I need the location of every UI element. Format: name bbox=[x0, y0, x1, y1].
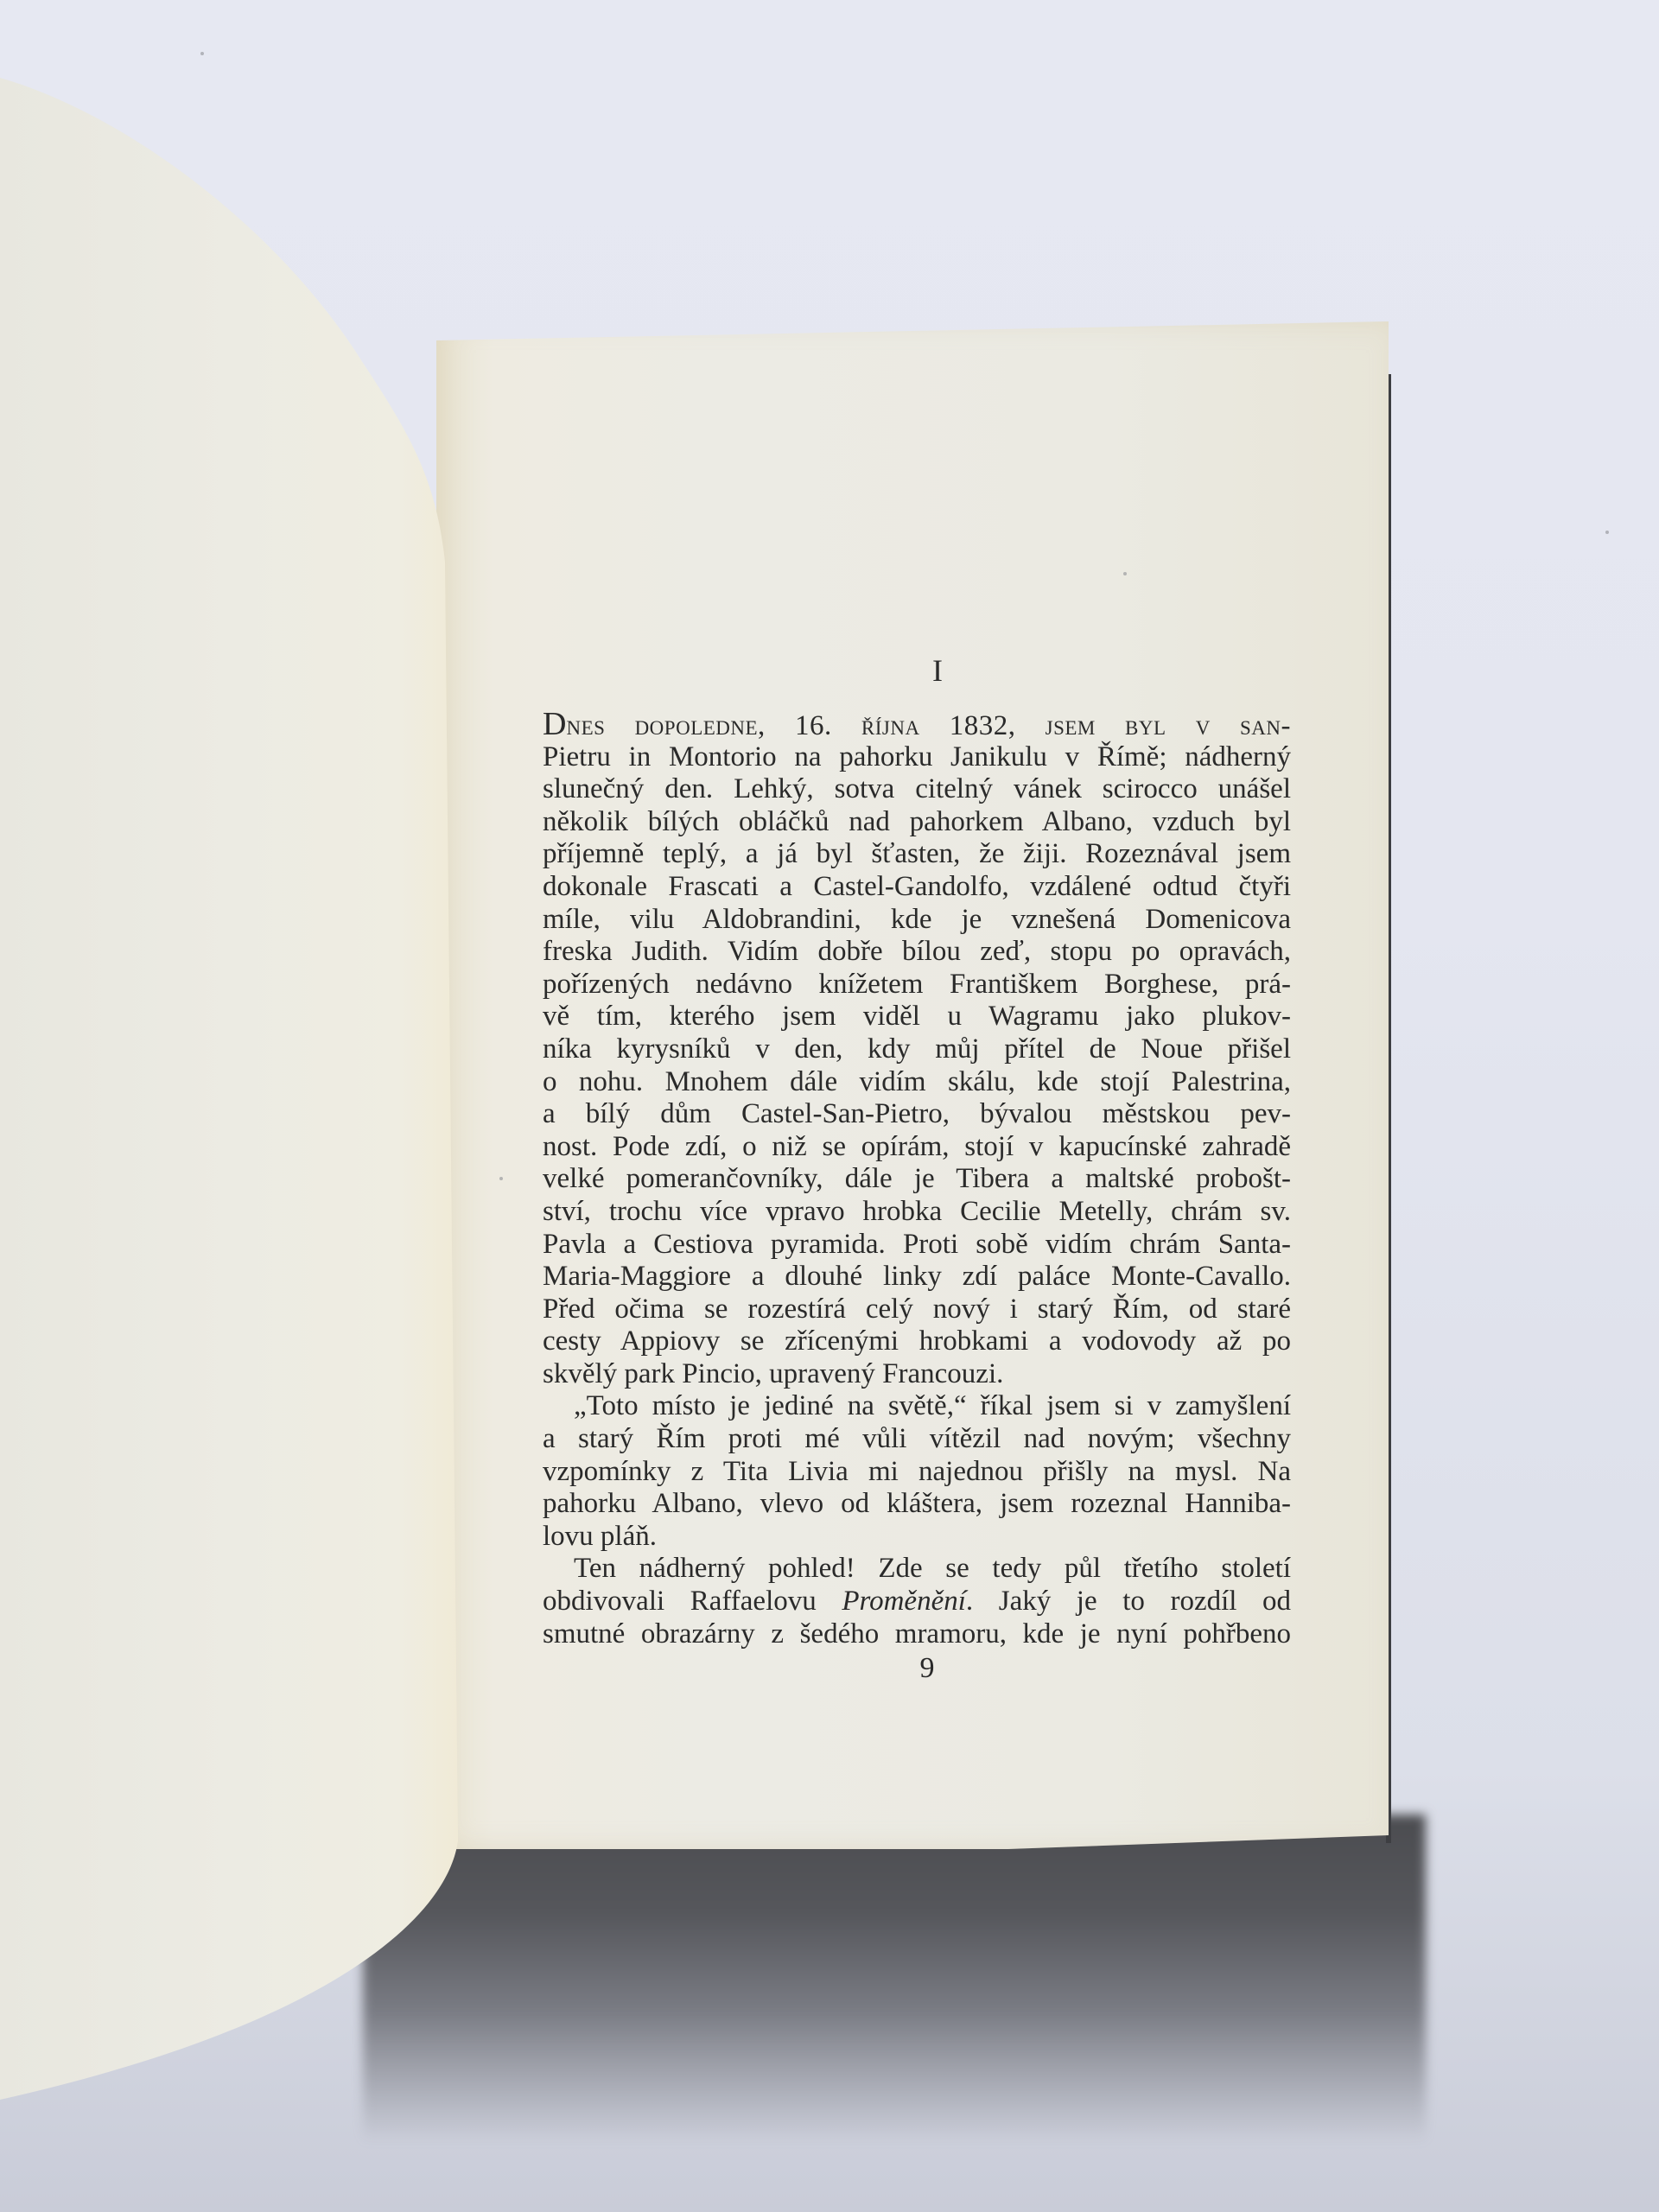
text-line: Ten nádherný pohled! Zde se tedy půl tře… bbox=[543, 1553, 1291, 1586]
text-line: Maria-Maggiore a dlouhé linky zdí paláce… bbox=[543, 1261, 1291, 1294]
text-line: o nohu. Mnohem dále vidím skálu, kde sto… bbox=[543, 1066, 1291, 1099]
text-line: vě tím, kterého jsem viděl u Wagramu jak… bbox=[543, 1001, 1291, 1033]
text-line: a bílý dům Castel-San-Pietro, bývalou mě… bbox=[543, 1098, 1291, 1131]
text-line: dokonale Frascati a Castel-Gandolfo, vzd… bbox=[543, 871, 1291, 904]
text-line: nost. Pode zdí, o niž se opírám, stojí v… bbox=[543, 1131, 1291, 1164]
left-page-curled bbox=[0, 78, 467, 2108]
page-number: 9 bbox=[914, 1652, 940, 1685]
text-line: Pavla a Cestiova pyramida. Proti sobě vi… bbox=[543, 1229, 1291, 1262]
text-line: vzpomínky z Tita Livia mi najednou přišl… bbox=[543, 1456, 1291, 1489]
text-line: Pietru in Montorio na pahorku Janikulu v… bbox=[543, 741, 1291, 774]
body-text: Dnes dopoledne, 16. října 1832, jsem byl… bbox=[543, 709, 1291, 1650]
dust-speck bbox=[200, 52, 204, 55]
text-line: freska Judith. Vidím dobře bílou zeď, st… bbox=[543, 936, 1291, 969]
photo-scene: I Dnes dopoledne, 16. října 1832, jsem b… bbox=[0, 0, 1659, 2212]
book-cover-shadow bbox=[363, 1815, 1426, 2143]
text-line: příjemně teplý, a já byl šťasten, že žij… bbox=[543, 838, 1291, 871]
text-line: pahorku Albano, vlevo od kláštera, jsem … bbox=[543, 1488, 1291, 1521]
dust-speck bbox=[1123, 572, 1127, 575]
text-line: ství, trochu více vpravo hrobka Cecilie … bbox=[543, 1196, 1291, 1229]
text-line: skvělý park Pincio, upravený Francouzi. bbox=[543, 1358, 1291, 1391]
dust-speck bbox=[499, 1177, 503, 1180]
text-line: „Toto místo je jediné na světě,“ říkal j… bbox=[543, 1390, 1291, 1423]
text-line: níka kyrysníků v den, kdy můj přítel de … bbox=[543, 1033, 1291, 1066]
text-line: míle, vilu Aldobrandini, kde je vznešená… bbox=[543, 904, 1291, 937]
text-line: obdivovali Raffaelovu Proměnění. Jaký je… bbox=[543, 1586, 1291, 1618]
text-line: slunečný den. Lehký, sotva citelný vánek… bbox=[543, 773, 1291, 806]
text-line: pořízených nedávno knížetem Františkem B… bbox=[543, 969, 1291, 1001]
text-line: smutné obrazárny z šedého mramoru, kde j… bbox=[543, 1618, 1291, 1651]
chapter-heading: I bbox=[925, 652, 950, 689]
text-line: cesty Appiovy se zřícenými hrobkami a vo… bbox=[543, 1325, 1291, 1358]
italic-title: Proměnění bbox=[842, 1586, 966, 1617]
text-line: Před očima se rozestírá celý nový i star… bbox=[543, 1294, 1291, 1326]
text-line: lovu pláň. bbox=[543, 1521, 1291, 1554]
text-line: velké pomerančovníky, dále je Tibera a m… bbox=[543, 1163, 1291, 1196]
text-line: a starý Řím proti mé vůli vítězil nad no… bbox=[543, 1423, 1291, 1456]
text-line-1: Dnes dopoledne, 16. října 1832, jsem byl… bbox=[543, 709, 1291, 741]
text-line: několik bílých obláčků nad pahorkem Alba… bbox=[543, 806, 1291, 839]
dust-speck bbox=[1605, 531, 1609, 534]
